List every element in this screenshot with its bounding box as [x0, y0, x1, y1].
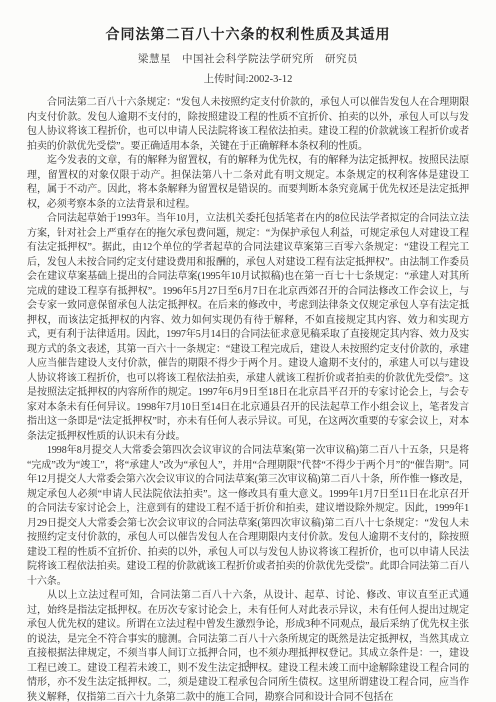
- document-body: 合同法第二百八十六条规定：“发包人未按照约定支付价款的，承包人可以催告发包人在合…: [27, 96, 469, 702]
- paragraph-2: 迄今发表的文章，有的解释为留置权，有的解释为优先权，有的解释为法定抵押权。按照民…: [27, 154, 469, 212]
- author-line: 梁慧星 中国社会科学院法学研究所 研究员: [27, 51, 469, 66]
- page-title: 合同法第二百八十六条的权利性质及其适用: [27, 24, 469, 44]
- page-number: 1: [0, 659, 496, 670]
- paragraph-4: 1998年8月提交人大常委会第四次会议审议的合同法草案(第一次审议稿)第二百八十…: [27, 444, 469, 589]
- document-page: 合同法第二百八十六条的权利性质及其适用 梁慧星 中国社会科学院法学研究所 研究员…: [0, 0, 496, 702]
- paragraph-1: 合同法第二百八十六条规定：“发包人未按照约定支付价款的，承包人可以催告发包人在合…: [27, 96, 469, 154]
- paragraph-5: 从以上立法过程可知，合同法第二百八十六条，从设计、起草、讨论、修改、审议直至正式…: [27, 589, 469, 702]
- paragraph-3: 合同法起草始于1993年。当年10月，立法机关委托包括笔者在内的8位民法学者拟定…: [27, 212, 469, 444]
- upload-time: 上传时间:2002-3-12: [27, 71, 469, 86]
